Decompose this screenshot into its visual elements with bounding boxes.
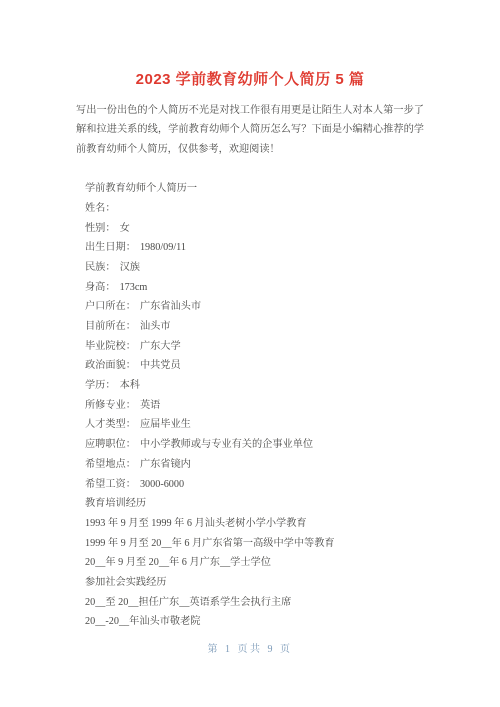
field-label: 所修专业： xyxy=(85,400,136,411)
intro-paragraph: 写出一份出色的个人简历不光是对找工作很有用更是让陌生人对本人第一步了解和拉进关系… xyxy=(76,101,424,159)
field-label: 性别： xyxy=(85,223,116,234)
field-value: 应届毕业生 xyxy=(140,419,191,430)
resume-field-row: 身高：173cm xyxy=(85,278,460,298)
field-value: 广东大学 xyxy=(140,341,181,352)
resume-field-row: 户口所在：广东省汕头市 xyxy=(85,297,460,317)
resume-field-row: 学历：本科 xyxy=(85,376,460,396)
field-label: 目前所在： xyxy=(85,321,136,332)
resume-field-row: 目前所在：汕头市 xyxy=(85,317,460,337)
field-label: 学历： xyxy=(85,380,116,391)
field-value: 173cm xyxy=(120,282,148,293)
field-value: 汉族 xyxy=(120,262,140,273)
document-page: 2023 学前教育幼师个人简历 5 篇 写出一份出色的个人简历不光是对找工作很有… xyxy=(0,0,500,707)
field-value: 3000-6000 xyxy=(140,479,184,490)
resume-field-row: 人才类型：应届毕业生 xyxy=(85,415,460,435)
resume-section-title: 学前教育幼师个人简历一 xyxy=(85,179,460,199)
field-label: 希望地点： xyxy=(85,459,136,470)
resume-field-row: 出生日期：1980/09/11 xyxy=(85,238,460,258)
field-label: 毕业院校： xyxy=(85,341,136,352)
field-value: 1980/09/11 xyxy=(140,242,186,253)
field-label: 出生日期： xyxy=(85,242,136,253)
field-value: 中小学教师或与专业有关的企事业单位 xyxy=(140,439,313,450)
education-item: 1993 年 9 月至 1999 年 6 月汕头老树小学小学教育 xyxy=(85,514,460,534)
resume-field-row: 希望工资：3000-6000 xyxy=(85,475,460,495)
resume-field-row: 毕业院校：广东大学 xyxy=(85,337,460,357)
resume-field-row: 希望地点：广东省镜内 xyxy=(85,455,460,475)
page-number-indicator: 第 1 页共 9 页 xyxy=(208,644,293,655)
field-value: 本科 xyxy=(120,380,140,391)
field-label: 应聘职位： xyxy=(85,439,136,450)
resume-field-row: 姓名： xyxy=(85,199,460,219)
field-label: 民族： xyxy=(85,262,116,273)
education-item: 1999 年 9 月至 20__年 6 月广东省第一高级中学中等教育 xyxy=(85,534,460,554)
resume-section: 学前教育幼师个人简历一 姓名： 性别：女 出生日期：1980/09/11 民族：… xyxy=(85,179,460,632)
field-label: 身高： xyxy=(85,282,116,293)
education-heading: 教育培训经历 xyxy=(85,494,460,514)
practice-item: 20__至 20__担任广东__英语系学生会执行主席 xyxy=(85,593,460,613)
education-item: 20__年 9 月至 20__年 6 月广东__学士学位 xyxy=(85,553,460,573)
field-value: 英语 xyxy=(140,400,160,411)
resume-field-row: 性别：女 xyxy=(85,219,460,239)
page-footer: 第 1 页共 9 页 xyxy=(0,644,500,656)
field-value: 广东省镜内 xyxy=(140,459,191,470)
resume-field-row: 政治面貌：中共党员 xyxy=(85,356,460,376)
practice-item: 20__-20__年汕头市敬老院 xyxy=(85,612,460,632)
field-value: 汕头市 xyxy=(140,321,171,332)
resume-field-row: 所修专业：英语 xyxy=(85,396,460,416)
field-label: 户口所在： xyxy=(85,301,136,312)
field-label: 姓名： xyxy=(85,203,116,214)
practice-heading: 参加社会实践经历 xyxy=(85,573,460,593)
field-value: 女 xyxy=(120,223,130,234)
field-value: 广东省汕头市 xyxy=(140,301,201,312)
field-label: 政治面貌： xyxy=(85,360,136,371)
field-label: 希望工资： xyxy=(85,479,136,490)
resume-field-row: 民族：汉族 xyxy=(85,258,460,278)
field-value: 中共党员 xyxy=(140,360,181,371)
resume-field-row: 应聘职位：中小学教师或与专业有关的企事业单位 xyxy=(85,435,460,455)
document-title: 2023 学前教育幼师个人简历 5 篇 xyxy=(0,0,500,88)
field-label: 人才类型： xyxy=(85,419,136,430)
